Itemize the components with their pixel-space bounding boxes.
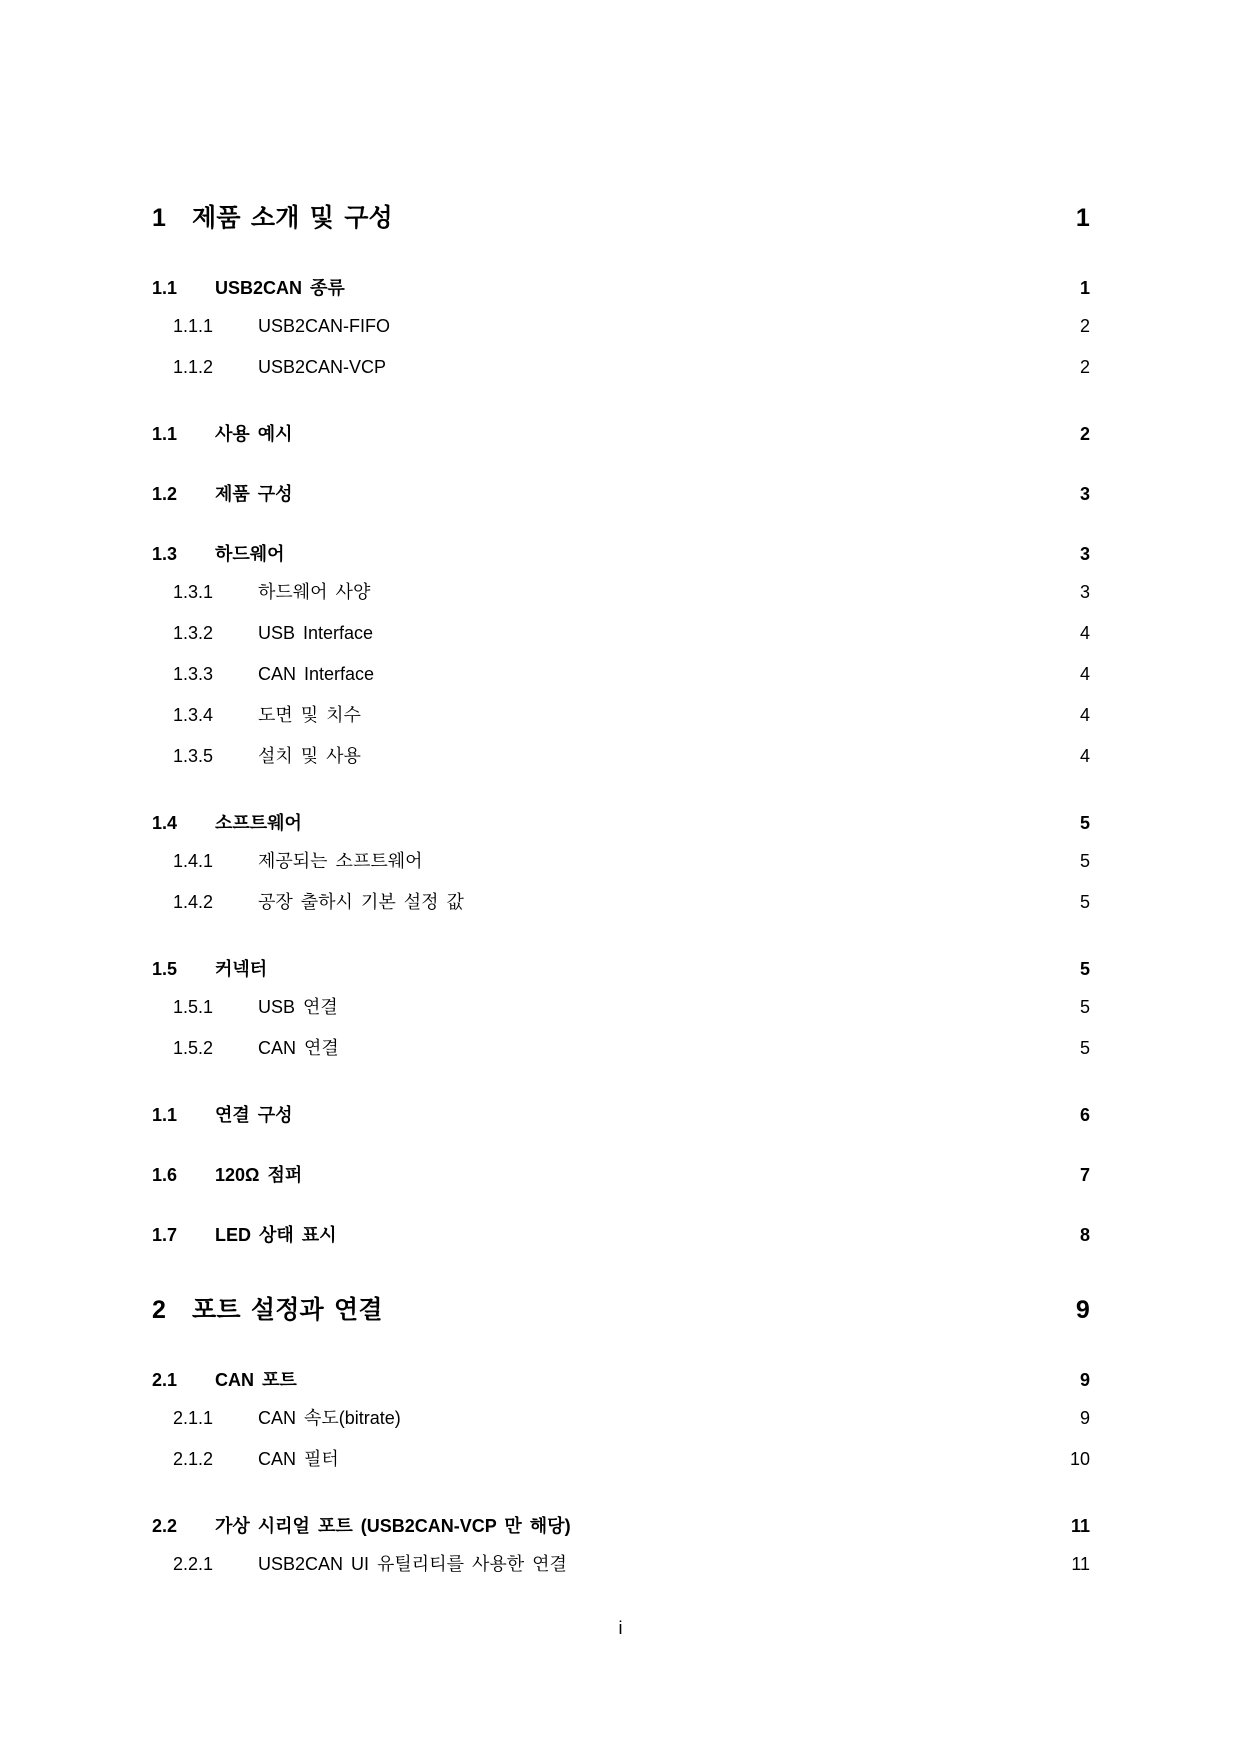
toc-entry-page: 4 xyxy=(1070,703,1090,727)
toc-entry[interactable]: 1.1 USB2CAN 종류 1 xyxy=(152,276,1090,300)
toc-entry-title: 사용 예시 xyxy=(215,422,1070,446)
toc-entry[interactable]: 1.6 120Ω 점퍼 7 xyxy=(152,1163,1090,1187)
toc-entry[interactable]: 1.3 하드웨어 3 xyxy=(152,542,1090,566)
document-page: 1 제품 소개 및 구성 1 1.1 USB2CAN 종류 1 1.1.1 US… xyxy=(0,0,1241,1754)
toc-entry-page: 8 xyxy=(1070,1223,1090,1247)
toc-entry-title: 커넥터 xyxy=(215,957,1070,981)
toc-entry[interactable]: 2.1.2 CAN 필터 10 xyxy=(152,1447,1090,1471)
toc-entry-number: 1.5 xyxy=(152,957,215,981)
toc-entry-page: 3 xyxy=(1070,580,1090,604)
toc-entry-number: 2.1.2 xyxy=(173,1447,258,1471)
toc-entry-title: 하드웨어 사양 xyxy=(258,580,1070,604)
toc-entry[interactable]: 2.1.1 CAN 속도(bitrate) 9 xyxy=(152,1406,1090,1430)
toc-entry[interactable]: 1.2 제품 구성 3 xyxy=(152,482,1090,506)
toc-entry-title: 제품 소개 및 구성 xyxy=(192,201,1066,235)
toc-entry-number: 1.1 xyxy=(152,276,215,300)
toc-entry-page: 9 xyxy=(1070,1368,1090,1392)
toc-entry-title: 포트 설정과 연결 xyxy=(192,1293,1066,1327)
toc-entry-title: 가상 시리얼 포트 (USB2CAN-VCP 만 해당) xyxy=(215,1514,1061,1538)
toc-entry-title: 공장 출하시 기본 설정 값 xyxy=(258,890,1070,914)
toc-entry-page: 5 xyxy=(1070,995,1090,1019)
toc-entry-page: 1 xyxy=(1066,201,1090,235)
toc-entry-title: USB2CAN UI 유틸리티를 사용한 연결 xyxy=(258,1552,1061,1576)
toc-entry-number: 1.3 xyxy=(152,542,215,566)
toc-entry[interactable]: 1.5.1 USB 연결 5 xyxy=(152,995,1090,1019)
toc-entry-number: 1.3.5 xyxy=(173,744,258,768)
toc-entry-page: 9 xyxy=(1070,1406,1090,1430)
toc-entry-page: 7 xyxy=(1070,1163,1090,1187)
toc-entry[interactable]: 2.2.1 USB2CAN UI 유틸리티를 사용한 연결 11 xyxy=(152,1552,1090,1576)
toc-entry[interactable]: 2.2 가상 시리얼 포트 (USB2CAN-VCP 만 해당) 11 xyxy=(152,1514,1090,1538)
toc-entry[interactable]: 1.7 LED 상태 표시 8 xyxy=(152,1223,1090,1247)
toc-entry-number: 1.1.1 xyxy=(173,314,258,338)
toc-entry-number: 1.1 xyxy=(152,1103,215,1127)
toc-entry[interactable]: 1.5 커넥터 5 xyxy=(152,957,1090,981)
toc-entry-page: 2 xyxy=(1070,422,1090,446)
toc-entry-title: 연결 구성 xyxy=(215,1103,1070,1127)
toc-entry-number: 1.3.2 xyxy=(173,621,258,645)
toc-entry-number: 1.5.2 xyxy=(173,1036,258,1060)
toc-entry-number: 2.2.1 xyxy=(173,1552,258,1576)
toc-entry-page: 5 xyxy=(1070,890,1090,914)
toc-entry[interactable]: 1.1 연결 구성 6 xyxy=(152,1103,1090,1127)
toc-entry-number: 2.2 xyxy=(152,1514,215,1538)
toc-entry[interactable]: 1.3.4 도면 및 치수 4 xyxy=(152,703,1090,727)
toc-entry-number: 1.1.2 xyxy=(173,355,258,379)
toc-entry-number: 1.4.1 xyxy=(173,849,258,873)
toc-entry-page: 4 xyxy=(1070,662,1090,686)
toc-entry-number: 1.2 xyxy=(152,482,215,506)
toc-entry-page: 2 xyxy=(1070,314,1090,338)
toc-entry-title: 소프트웨어 xyxy=(215,811,1070,835)
toc-entry-title: 제품 구성 xyxy=(215,482,1070,506)
toc-entry[interactable]: 1.3.3 CAN Interface 4 xyxy=(152,662,1090,686)
toc-entry[interactable]: 1 제품 소개 및 구성 1 xyxy=(152,201,1090,235)
toc-entry-page: 4 xyxy=(1070,744,1090,768)
toc-list: 1 제품 소개 및 구성 1 1.1 USB2CAN 종류 1 1.1.1 US… xyxy=(152,0,1090,1576)
toc-entry-number: 1 xyxy=(152,201,192,235)
toc-entry-number: 2.1.1 xyxy=(173,1406,258,1430)
toc-entry-page: 1 xyxy=(1070,276,1090,300)
toc-entry-number: 2 xyxy=(152,1293,192,1327)
toc-entry-page: 3 xyxy=(1070,542,1090,566)
toc-entry[interactable]: 2 포트 설정과 연결 9 xyxy=(152,1293,1090,1327)
toc-entry[interactable]: 2.1 CAN 포트 9 xyxy=(152,1368,1090,1392)
toc-entry-page: 9 xyxy=(1066,1293,1090,1327)
toc-entry[interactable]: 1.4 소프트웨어 5 xyxy=(152,811,1090,835)
toc-entry[interactable]: 1.1.1 USB2CAN-FIFO 2 xyxy=(152,314,1090,338)
toc-entry-title: CAN 속도(bitrate) xyxy=(258,1406,1070,1430)
toc-entry-number: 1.5.1 xyxy=(173,995,258,1019)
toc-entry-page: 3 xyxy=(1070,482,1090,506)
toc-entry-title: CAN Interface xyxy=(258,662,1070,686)
toc-entry-page: 2 xyxy=(1070,355,1090,379)
page-number-footer: i xyxy=(0,1616,1241,1640)
toc-entry[interactable]: 1.5.2 CAN 연결 5 xyxy=(152,1036,1090,1060)
toc-entry-title: 하드웨어 xyxy=(215,542,1070,566)
toc-entry-title: CAN 연결 xyxy=(258,1036,1070,1060)
toc-entry-number: 1.3.4 xyxy=(173,703,258,727)
toc-entry-page: 6 xyxy=(1070,1103,1090,1127)
toc-entry-title: CAN 포트 xyxy=(215,1368,1070,1392)
toc-entry-number: 1.4.2 xyxy=(173,890,258,914)
toc-entry-title: 120Ω 점퍼 xyxy=(215,1163,1070,1187)
toc-entry-title: 제공되는 소프트웨어 xyxy=(258,849,1070,873)
toc-entry[interactable]: 1.1.2 USB2CAN-VCP 2 xyxy=(152,355,1090,379)
toc-entry-title: USB Interface xyxy=(258,621,1070,645)
toc-entry[interactable]: 1.3.1 하드웨어 사양 3 xyxy=(152,580,1090,604)
toc-entry-number: 1.1 xyxy=(152,422,215,446)
toc-entry-page: 5 xyxy=(1070,849,1090,873)
footer-page-label: i xyxy=(619,1618,623,1638)
toc-entry-number: 1.3.3 xyxy=(173,662,258,686)
toc-entry-page: 5 xyxy=(1070,957,1090,981)
toc-entry[interactable]: 1.4.2 공장 출하시 기본 설정 값 5 xyxy=(152,890,1090,914)
toc-entry-page: 11 xyxy=(1061,1514,1090,1538)
toc-entry-title: CAN 필터 xyxy=(258,1447,1060,1471)
toc-entry-title: 도면 및 치수 xyxy=(258,703,1070,727)
toc-entry-page: 5 xyxy=(1070,811,1090,835)
toc-entry-number: 1.6 xyxy=(152,1163,215,1187)
toc-entry-title: USB2CAN-VCP xyxy=(258,355,1070,379)
toc-entry-page: 5 xyxy=(1070,1036,1090,1060)
toc-entry-title: USB2CAN 종류 xyxy=(215,276,1070,300)
toc-entry-title: LED 상태 표시 xyxy=(215,1223,1070,1247)
toc-entry-number: 1.3.1 xyxy=(173,580,258,604)
toc-entry-number: 1.7 xyxy=(152,1223,215,1247)
toc-entry[interactable]: 1.4.1 제공되는 소프트웨어 5 xyxy=(152,849,1090,873)
toc-entry-page: 11 xyxy=(1061,1552,1090,1576)
toc-entry-title: 설치 및 사용 xyxy=(258,744,1070,768)
toc-entry[interactable]: 1.3.2 USB Interface 4 xyxy=(152,621,1090,645)
toc-entry-page: 4 xyxy=(1070,621,1090,645)
toc-entry-title: USB 연결 xyxy=(258,995,1070,1019)
toc-entry-page: 10 xyxy=(1060,1447,1090,1471)
toc-entry-number: 2.1 xyxy=(152,1368,215,1392)
toc-entry[interactable]: 1.3.5 설치 및 사용 4 xyxy=(152,744,1090,768)
toc-entry-number: 1.4 xyxy=(152,811,215,835)
toc-entry[interactable]: 1.1 사용 예시 2 xyxy=(152,422,1090,446)
toc-entry-title: USB2CAN-FIFO xyxy=(258,314,1070,338)
